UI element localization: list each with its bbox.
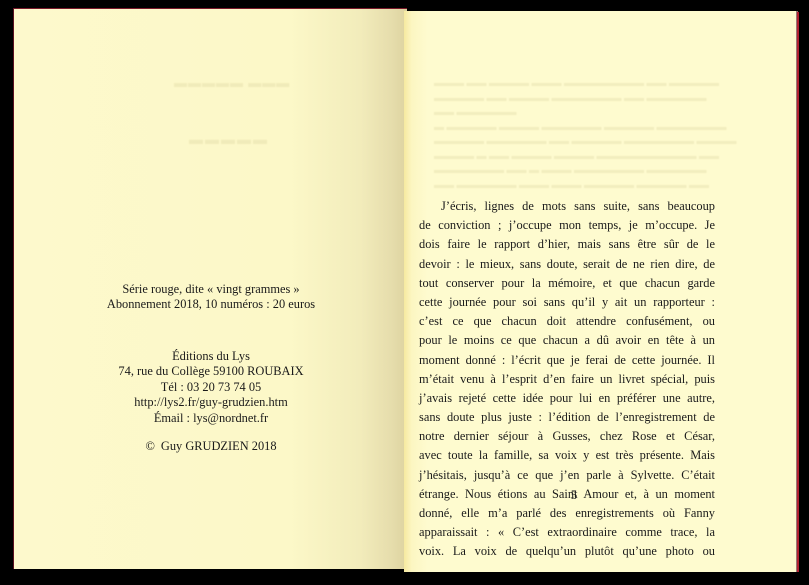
text-line: apparaissait : « C’est extraordinaire co… xyxy=(419,523,715,542)
text-line: c’est ce que chacun doit attendre confus… xyxy=(419,312,715,331)
show-through-text: ▬▬▬ ▬▬ ▬▬▬▬ ▬▬▬ ▬▬▬▬▬▬▬▬ ▬▬ ▬▬▬▬▬ ▬▬▬▬▬ … xyxy=(434,77,737,193)
text-line: avec toute la famille, sa voix y est trè… xyxy=(419,446,715,465)
text-line: sans doute plus juste : l’édition de l’e… xyxy=(419,408,715,427)
text-line: tout conserver pour la mémoire, et que c… xyxy=(419,274,715,293)
text-line: j’hésitais, jusqu’à ce que j’en parle à … xyxy=(419,466,715,485)
left-page: ▬▬▬▬▬ ▬▬▬ ▬▬▬▬▬ Série rouge, dite « ving… xyxy=(13,8,407,569)
text-line: devoir : le mieux, sans doute, serait de… xyxy=(419,255,715,274)
series-name: Série rouge, dite « vingt grammes » xyxy=(14,282,408,297)
book-spread-scan: ▬▬▬▬▬ ▬▬▬ ▬▬▬▬▬ Série rouge, dite « ving… xyxy=(0,0,809,585)
show-through-subtitle: ▬▬▬▬▬ xyxy=(189,133,269,149)
show-through-title: ▬▬▬▬▬ ▬▬▬ xyxy=(174,75,290,91)
publisher-email: Émail : lys@nordnet.fr xyxy=(14,411,408,426)
publisher-address: 74, rue du Collège 59100 ROUBAIX xyxy=(14,364,408,379)
text-line: de conviction ; j’occupe mon temps, je m… xyxy=(419,216,715,235)
text-line: cette journée pour soi sans qu’il y ait … xyxy=(419,293,715,312)
text-line: dois faire le rapport d’hier, mais sans … xyxy=(419,235,715,254)
copyright-text: Guy GRUDZIEN 2018 xyxy=(161,439,277,453)
copyright-icon: © xyxy=(145,439,154,453)
copyright-notice: ©Guy GRUDZIEN 2018 xyxy=(14,439,408,454)
text-line: pour le moins ce que chacun a dû avoir e… xyxy=(419,331,715,350)
text-line: j’avais rejeté cette idée pour lui en pr… xyxy=(419,389,715,408)
text-line: notre dernier séjour à Gusses, chez Rose… xyxy=(419,427,715,446)
page-number: 5 xyxy=(404,487,744,503)
right-page: ▬▬▬ ▬▬ ▬▬▬▬ ▬▬▬ ▬▬▬▬▬▬▬▬ ▬▬ ▬▬▬▬▬ ▬▬▬▬▬ … xyxy=(404,11,798,572)
text-line: m’était venu à l’esprit d’en faire un li… xyxy=(419,370,715,389)
publisher-info: Éditions du Lys 74, rue du Collège 59100… xyxy=(14,349,408,426)
publisher-website: http://lys2.fr/guy-grudzien.htm xyxy=(14,395,408,410)
text-line: voix. La voix de quelqu’un plutôt qu’une… xyxy=(419,542,715,561)
text-line: donné, elle m’a parlé des enregistrement… xyxy=(419,504,715,523)
text-line: moment donné : l’écrit que je ferai de c… xyxy=(419,351,715,370)
body-paragraph: J’écris, lignes de mots sans suite, sans… xyxy=(419,197,715,562)
publisher-phone: Tél : 03 20 73 74 05 xyxy=(14,380,408,395)
page-edge xyxy=(797,12,799,572)
subscription-info: Abonnement 2018, 10 numéros : 20 euros xyxy=(14,297,408,312)
text-line: J’écris, lignes de mots sans suite, sans… xyxy=(419,197,715,216)
series-info: Série rouge, dite « vingt grammes » Abon… xyxy=(14,282,408,313)
publisher-name: Éditions du Lys xyxy=(14,349,408,364)
